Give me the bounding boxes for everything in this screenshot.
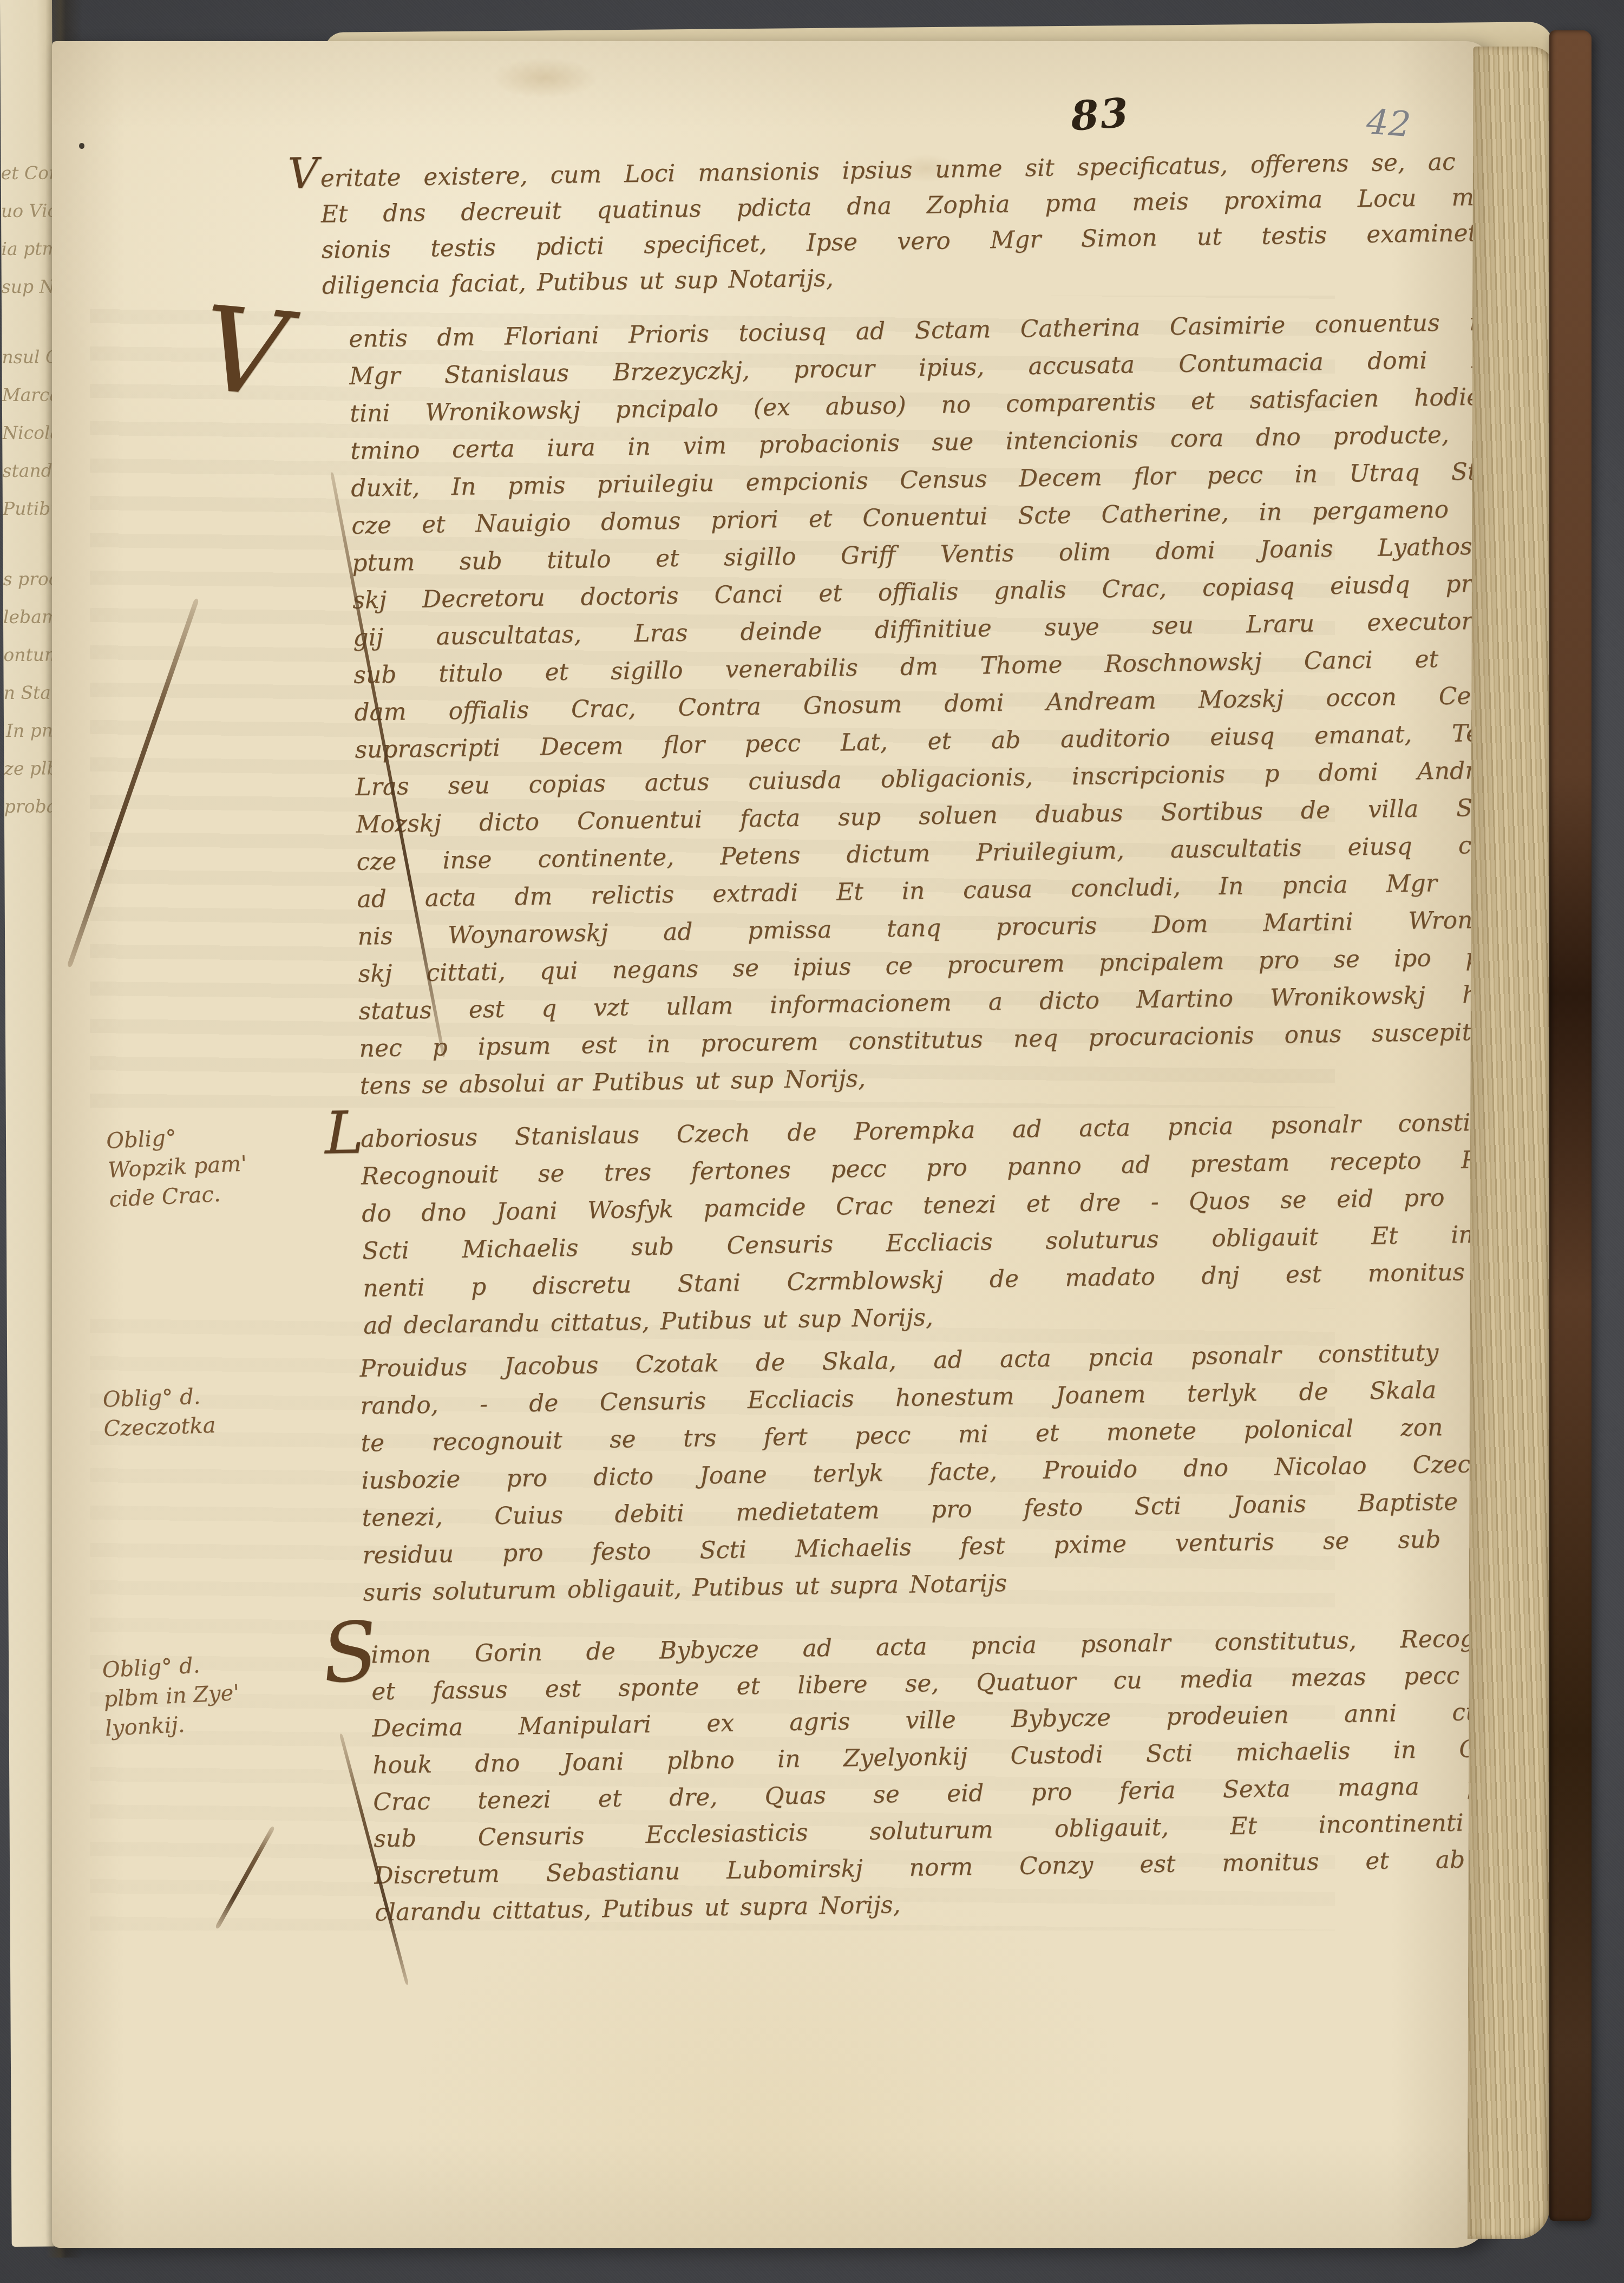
facing-page-text-fragment: probans	[4, 787, 56, 826]
page-number-ink: 83	[1069, 90, 1131, 140]
facing-page-text-fragment: uo Vicca	[1, 192, 53, 230]
drop-cap-initial: V	[198, 290, 292, 414]
drop-cap-initial: S	[319, 1610, 381, 1696]
facing-page-text-fragment: lebamin	[3, 598, 55, 636]
paragraph-obligation-czotak: Prouidus Jacobus Czotak de Skala, ad act…	[359, 1333, 1538, 1612]
facing-page-text-fragment: sup Norys.	[2, 267, 54, 306]
paragraph-obligation-czech: Laboriosus Stanislaus Czech de Porempka …	[361, 1103, 1536, 1345]
paragraph-decree: Veritate existere, cum Loci mansionis ip…	[320, 143, 1505, 304]
margin-note-oblig-zyelyonki: Oblig° d.plbm in Zye'lyonkij.	[101, 1649, 241, 1743]
facing-page-text-fragment: ia ptmeze	[1, 230, 53, 268]
margin-cross-mark	[207, 1733, 374, 2023]
facing-page-text-fragment: ze plbm	[4, 749, 56, 788]
margin-note-line: Czeczotka	[103, 1411, 217, 1444]
facing-page-text-fragment: Nicolaus	[2, 414, 54, 452]
drop-cap-initial: V	[287, 153, 318, 195]
page-stack-fore-edge	[1468, 47, 1556, 2239]
paragraph-conventus-sancte-catherine: Ventis dm Floriani Prioris tociusq ad Sc…	[349, 303, 1532, 1105]
ink-stroke	[215, 1826, 276, 1929]
margin-cross-mark	[168, 472, 356, 1087]
manuscript-photo: et Conuo Viccaia ptmezesup Norys.nsul Cr…	[0, 0, 1624, 2283]
facing-page-text-fragment: Putibus	[3, 489, 55, 528]
facing-page-text-fragment: ontuma	[3, 636, 55, 674]
facing-page-text-fragment: et Con	[1, 154, 53, 192]
facing-page-text-fragment: In pn	[4, 711, 56, 750]
facing-page-text-fragment: standi ne	[2, 452, 54, 490]
facing-page-text-fragment: Marcare	[2, 376, 54, 414]
paragraph-obligation-gorin: Simon Gorin de Bybycze ad acta pncia pso…	[371, 1619, 1542, 1931]
ink-stroke	[67, 598, 199, 968]
margin-note-oblig-czeczotka: Oblig° d.Czeczotka	[102, 1382, 216, 1444]
handwriting-layer: 83 42 Veritate existere, cum Loci mansio…	[52, 22, 1524, 2249]
drop-cap-initial: L	[324, 1104, 364, 1163]
manuscript-page: 83 42 Veritate existere, cum Loci mansio…	[52, 41, 1492, 2248]
facing-page-text-fragment: s procur	[3, 560, 55, 598]
leather-cover-board	[1549, 30, 1592, 2221]
margin-note-oblig-woyzik: Oblig°Wopzik pam'cide Crac.	[106, 1120, 249, 1214]
folio-number-pencil: 42	[1365, 102, 1412, 145]
margin-note-line: Oblig° d.	[102, 1382, 215, 1415]
margin-note-line: cide Crac.	[108, 1178, 249, 1214]
facing-page-text-fragment: n Stam	[4, 673, 56, 712]
facing-page-text-fragment: nsul Crac	[2, 338, 54, 376]
